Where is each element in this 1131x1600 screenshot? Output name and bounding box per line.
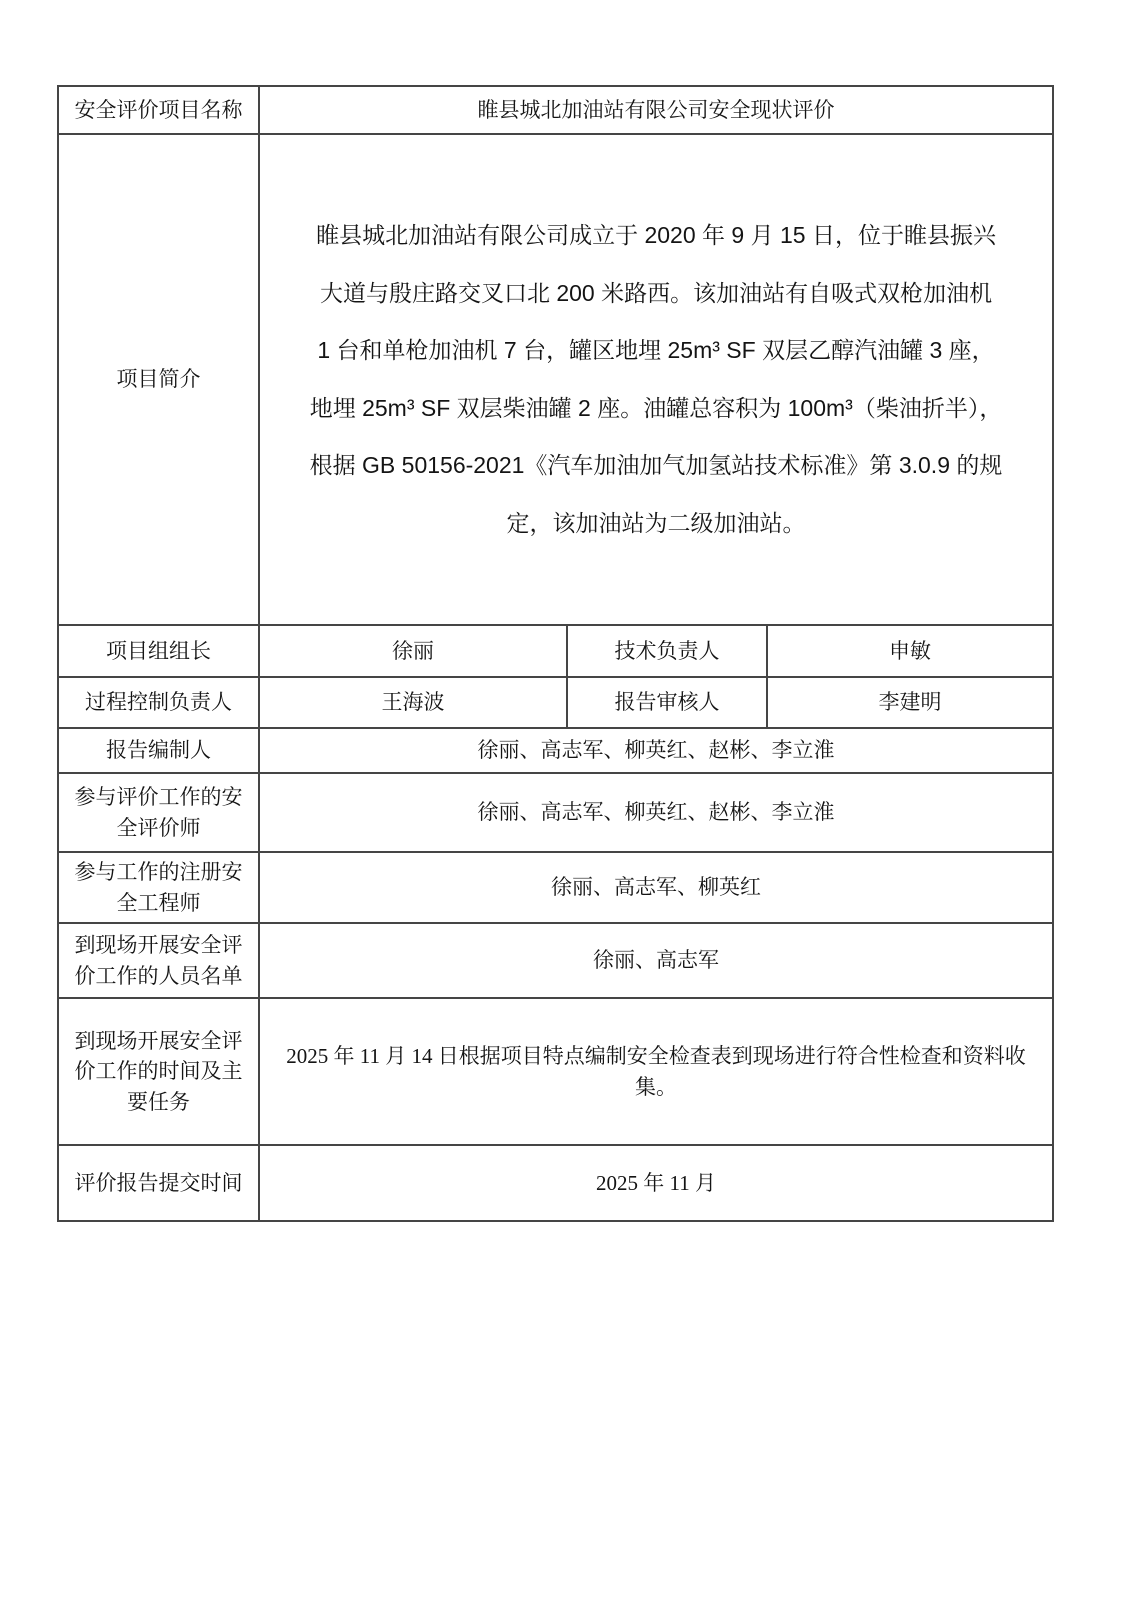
- team-leader-label: 项目组组长: [58, 625, 259, 677]
- process-control-label: 过程控制负责人: [58, 677, 259, 728]
- report-reviewer-value: 李建明: [767, 677, 1053, 728]
- row-site-personnel: 到现场开展安全评价工作的人员名单 徐丽、高志军: [58, 923, 1053, 998]
- document-page: 安全评价项目名称 睢县城北加油站有限公司安全现状评价 项目简介 睢县城北加油站有…: [0, 0, 1131, 1600]
- project-intro-text: 睢县城北加油站有限公司成立于 2020 年 9 月 15 日，位于睢县振兴 大道…: [259, 134, 1053, 625]
- intro-line-3: 1 台和单枪加油机 7 台，罐区地埋 25m³ SF 双层乙醇汽油罐 3 座，: [266, 322, 1046, 380]
- row-report-writers: 报告编制人 徐丽、高志军、柳英红、赵彬、李立淮: [58, 728, 1053, 773]
- registered-engineers-value: 徐丽、高志军、柳英红: [259, 852, 1053, 923]
- team-leader-value: 徐丽: [259, 625, 567, 677]
- report-reviewer-label: 报告审核人: [567, 677, 767, 728]
- row-process-control: 过程控制负责人 王海波 报告审核人 李建明: [58, 677, 1053, 728]
- row-registered-engineers: 参与工作的注册安全工程师 徐丽、高志军、柳英红: [58, 852, 1053, 923]
- project-name-value: 睢县城北加油站有限公司安全现状评价: [259, 86, 1053, 134]
- row-safety-evaluators: 参与评价工作的安全评价师 徐丽、高志军、柳英红、赵彬、李立淮: [58, 773, 1053, 852]
- report-writers-label: 报告编制人: [58, 728, 259, 773]
- intro-line-6: 定，该加油站为二级加油站。: [266, 495, 1046, 553]
- technical-director-label: 技术负责人: [567, 625, 767, 677]
- safety-evaluators-label: 参与评价工作的安全评价师: [58, 773, 259, 852]
- report-writers-value: 徐丽、高志军、柳英红、赵彬、李立淮: [259, 728, 1053, 773]
- intro-line-5: 根据 GB 50156-2021《汽车加油加气加氢站技术标准》第 3.0.9 的…: [266, 437, 1046, 495]
- intro-line-2: 大道与殷庄路交叉口北 200 米路西。该加油站有自吸式双枪加油机: [266, 265, 1046, 323]
- intro-line-1: 睢县城北加油站有限公司成立于 2020 年 9 月 15 日，位于睢县振兴: [266, 207, 1046, 265]
- safety-evaluators-value: 徐丽、高志军、柳英红、赵彬、李立淮: [259, 773, 1053, 852]
- row-team-leader: 项目组组长 徐丽 技术负责人 申敏: [58, 625, 1053, 677]
- row-report-submit-time: 评价报告提交时间 2025 年 11 月: [58, 1145, 1053, 1221]
- registered-engineers-label: 参与工作的注册安全工程师: [58, 852, 259, 923]
- technical-director-value: 申敏: [767, 625, 1053, 677]
- project-name-label: 安全评价项目名称: [58, 86, 259, 134]
- row-project-name: 安全评价项目名称 睢县城北加油站有限公司安全现状评价: [58, 86, 1053, 134]
- site-personnel-label: 到现场开展安全评价工作的人员名单: [58, 923, 259, 998]
- site-personnel-value: 徐丽、高志军: [259, 923, 1053, 998]
- safety-evaluation-info-table: 安全评价项目名称 睢县城北加油站有限公司安全现状评价 项目简介 睢县城北加油站有…: [57, 85, 1054, 1222]
- site-time-tasks-label: 到现场开展安全评价工作的时间及主要任务: [58, 998, 259, 1145]
- process-control-value: 王海波: [259, 677, 567, 728]
- intro-line-4: 地埋 25m³ SF 双层柴油罐 2 座。油罐总容积为 100m³（柴油折半），: [266, 380, 1046, 438]
- report-submit-time-value: 2025 年 11 月: [259, 1145, 1053, 1221]
- row-project-intro: 项目简介 睢县城北加油站有限公司成立于 2020 年 9 月 15 日，位于睢县…: [58, 134, 1053, 625]
- report-submit-time-label: 评价报告提交时间: [58, 1145, 259, 1221]
- row-site-time-tasks: 到现场开展安全评价工作的时间及主要任务 2025 年 11 月 14 日根据项目…: [58, 998, 1053, 1145]
- project-intro-label: 项目简介: [58, 134, 259, 625]
- site-time-tasks-value: 2025 年 11 月 14 日根据项目特点编制安全检查表到现场进行符合性检查和…: [259, 998, 1053, 1145]
